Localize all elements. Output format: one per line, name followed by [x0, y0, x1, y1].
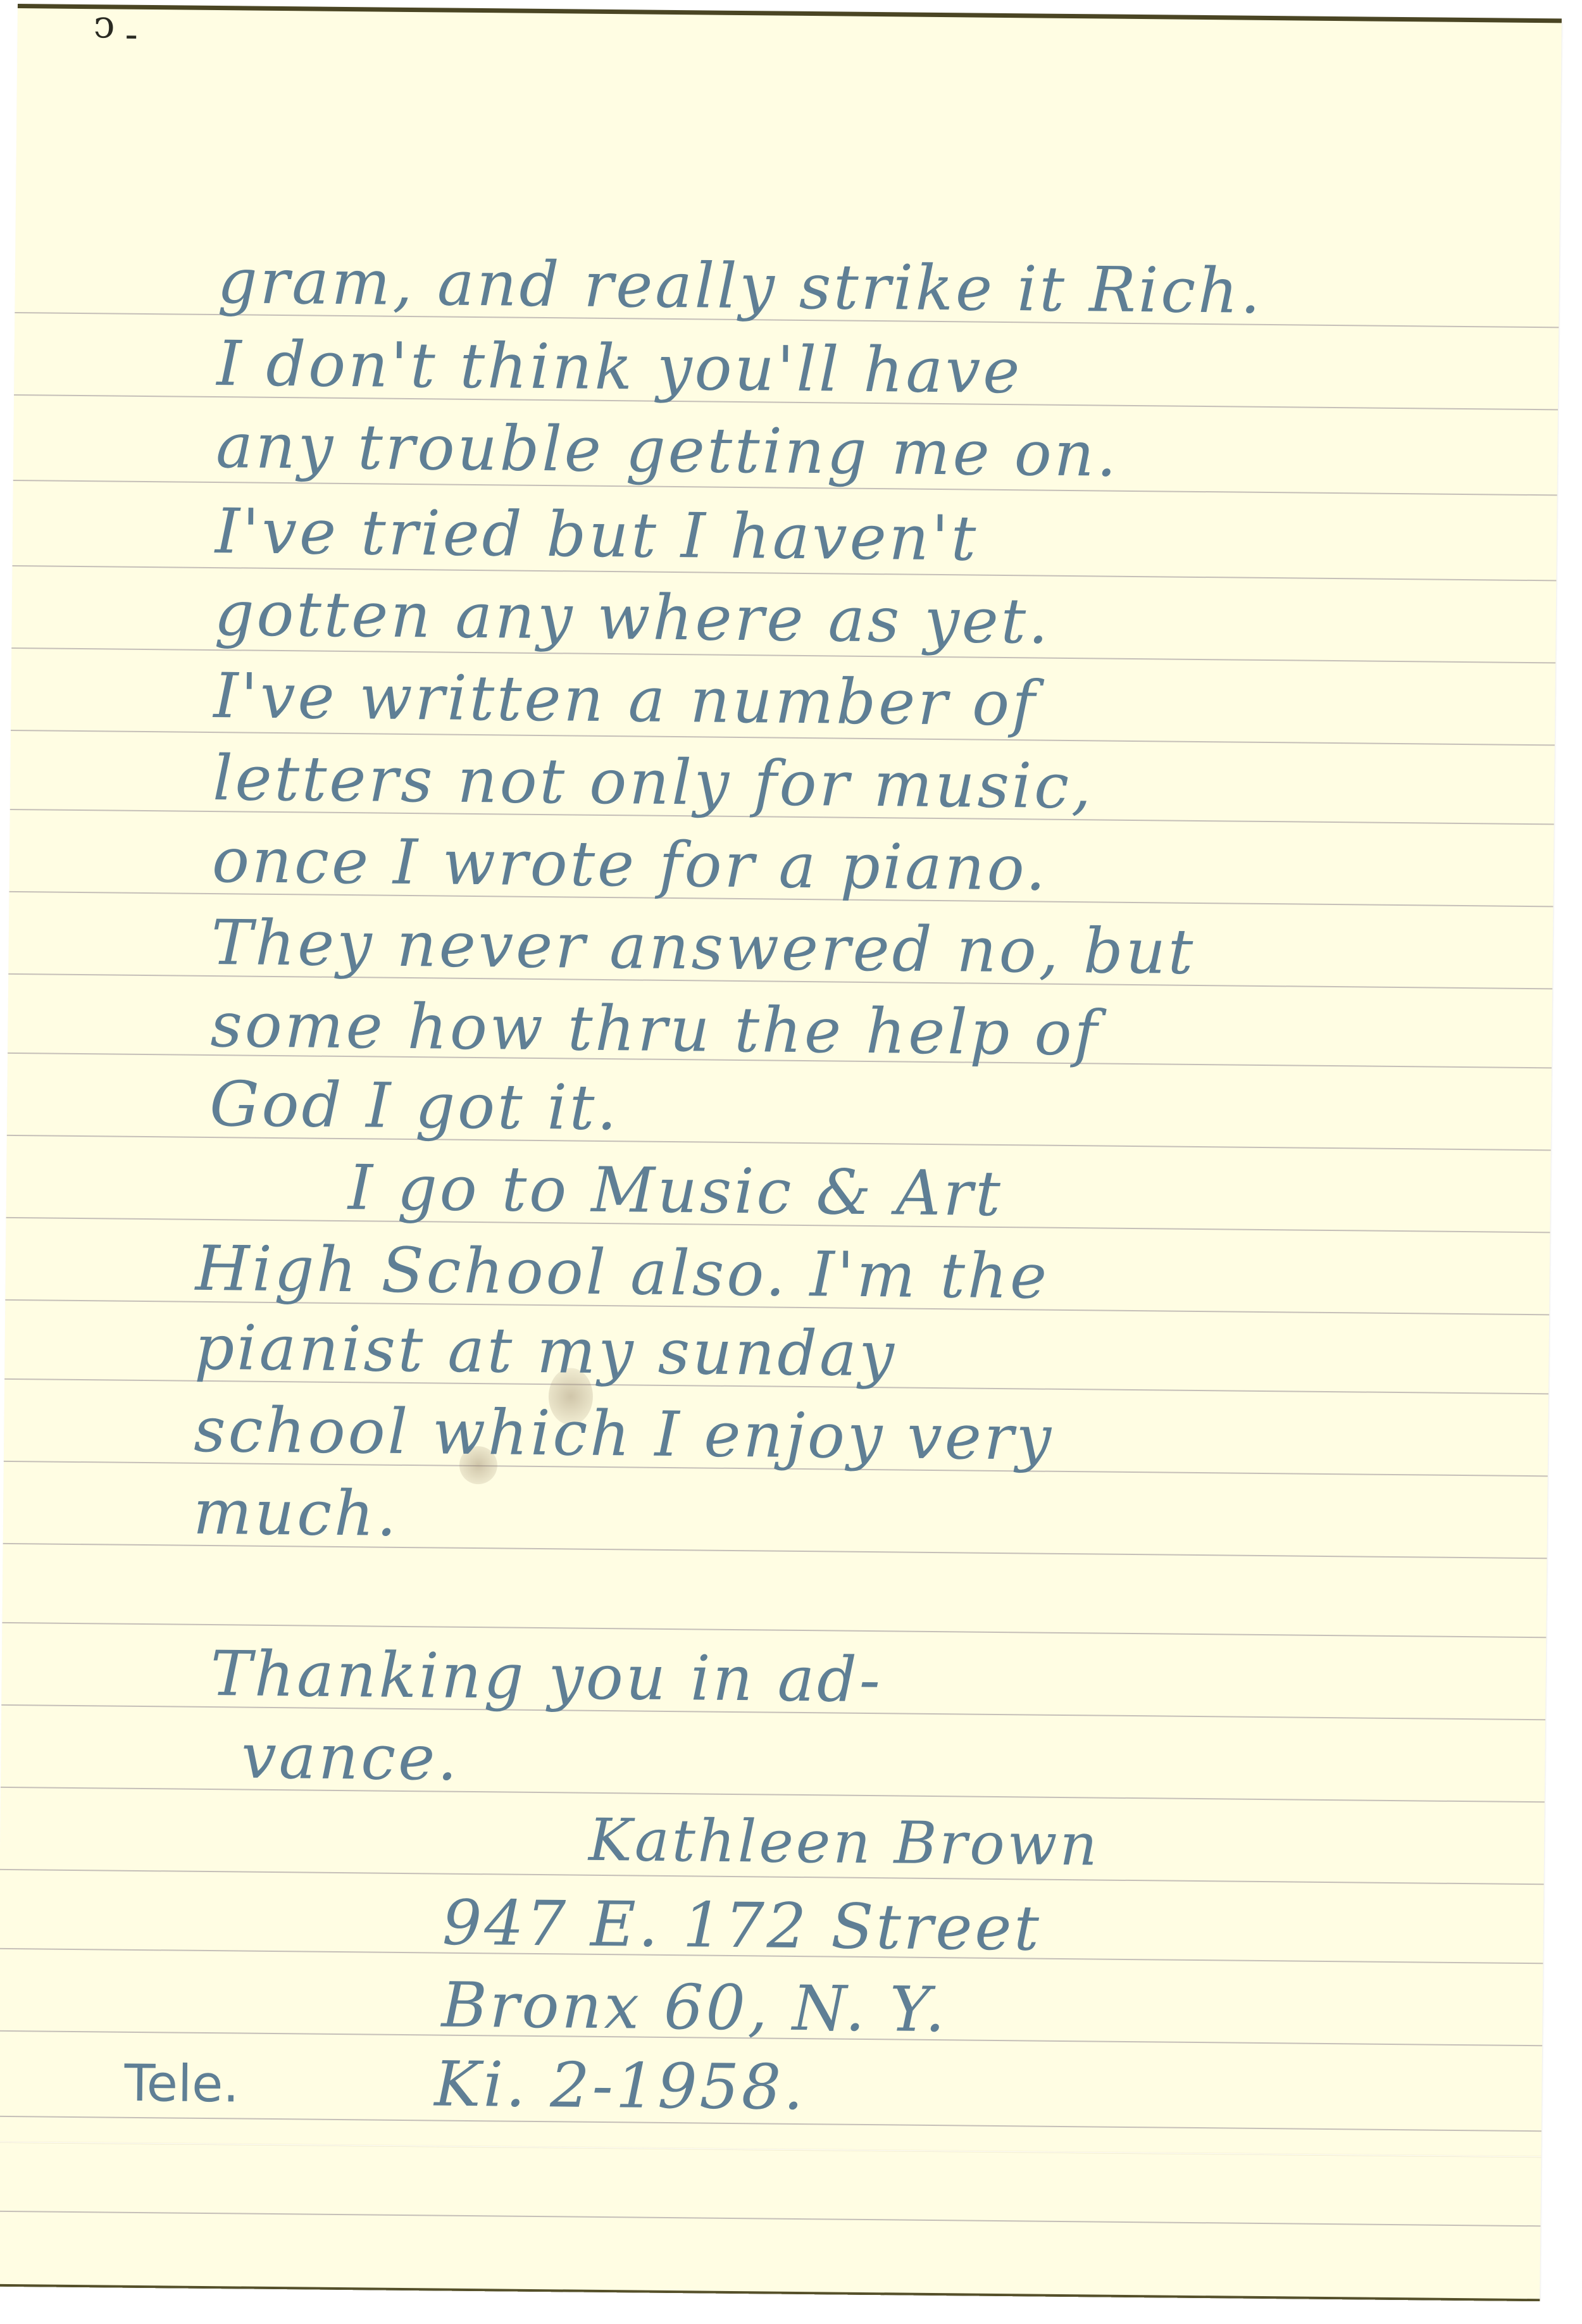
letter-line: I've tried but I haven't [215, 501, 979, 570]
phone-number: Ki. 2-1958. [434, 2053, 806, 2119]
letter-line: They never answered no, but [211, 912, 1195, 984]
ruled-line [2, 1622, 1546, 1638]
scanned-letter: ↄ - gram, and really strike it Rich. I d… [0, 0, 1582, 2324]
top-edge-ink-mark: - [125, 13, 138, 57]
address-line: 947 E. 172 Street [442, 1892, 1042, 1960]
letter-line: once I wrote for a piano. [212, 830, 1049, 900]
letter-line: High School also. I'm the [195, 1238, 1049, 1308]
phone-label: Tele. [124, 2054, 239, 2114]
letter-line: gram, and really strike it Rich. [217, 251, 1263, 323]
letter-line: pianist at my sunday [194, 1317, 897, 1386]
closing-line: Thanking you in ad- [210, 1643, 883, 1711]
letter-line: I've written a number of [213, 665, 1038, 735]
letter-line-paragraph-start: I go to Music & Art [348, 1157, 1004, 1225]
letter-line: letters not only for music, [213, 747, 1094, 818]
letter-line: much. [193, 1482, 399, 1546]
ruled-line [0, 2211, 1540, 2227]
address-line: Bronx 60, N. Y. [441, 1975, 947, 2042]
letter-line: school which I enjoy very [194, 1399, 1054, 1470]
ruled-line [1, 1787, 1545, 1802]
lined-paper-sheet: ↄ - gram, and really strike it Rich. I d… [0, 4, 1562, 2301]
paper-fold-crease [0, 2141, 1541, 2158]
closing-line: vance. [241, 1726, 460, 1790]
letter-line: gotten any where as yet. [214, 583, 1050, 653]
top-edge-ink-mark: ↄ [93, 3, 115, 47]
letter-line: some how thru the help of [210, 994, 1100, 1065]
letter-line: any trouble getting me on. [216, 415, 1119, 486]
signature: Kathleen Brown [589, 1811, 1100, 1875]
letter-line: I don't think you'll have [216, 333, 1023, 403]
letter-line: God I got it. [209, 1073, 620, 1139]
